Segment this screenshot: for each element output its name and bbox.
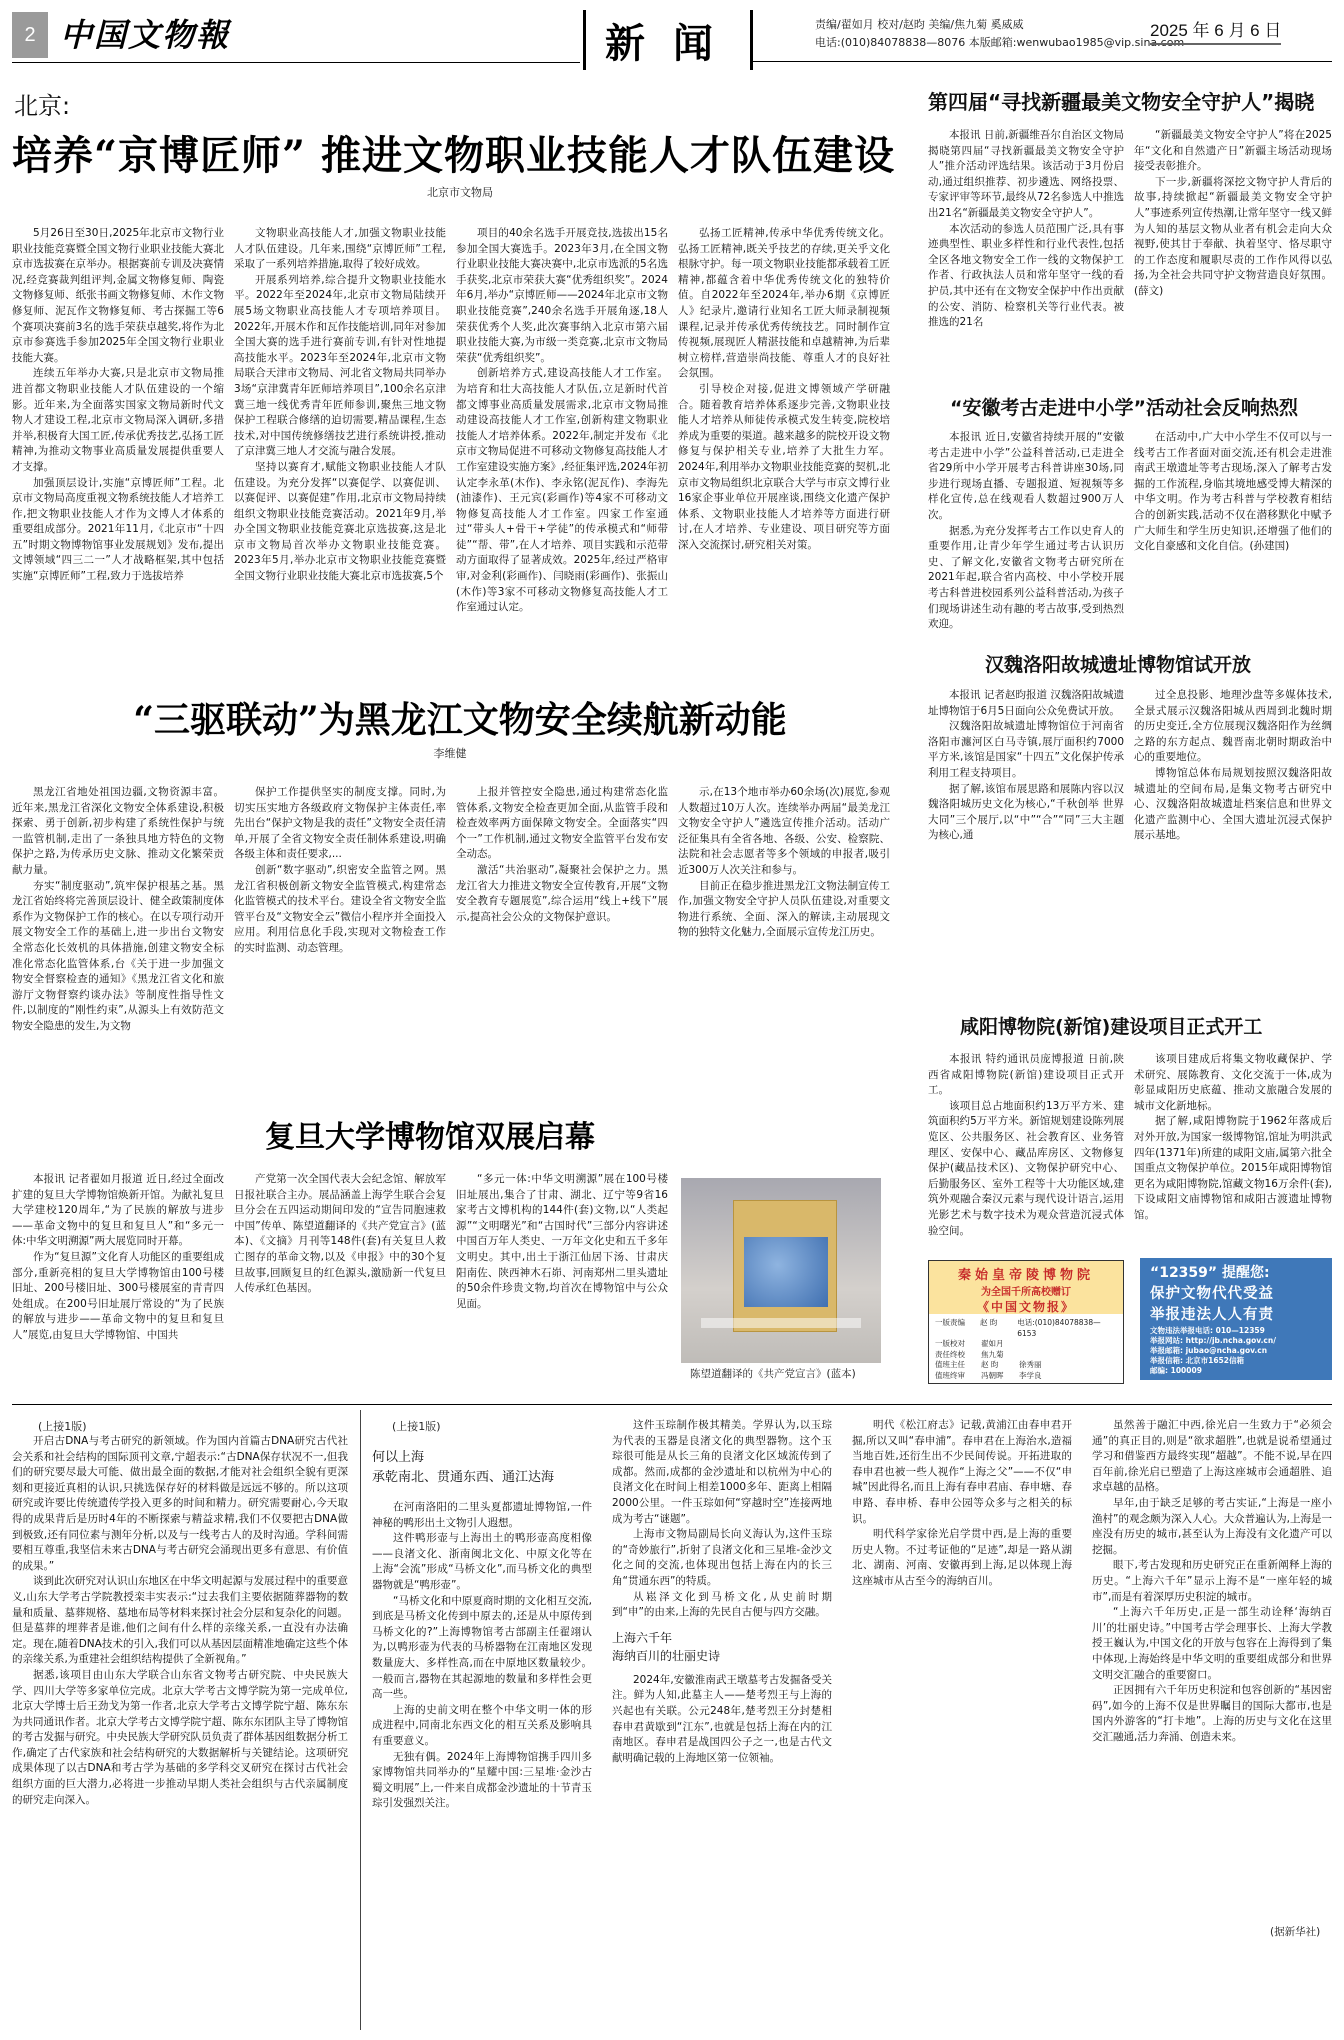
ad-mailbox: 举报信箱: 北京市1652信箱 <box>1150 1356 1322 1366</box>
paragraph: 汉魏洛阳故城遗址博物馆位于河南省洛阳市瀍河区白马寺镇,展厅面积约7000平方米,… <box>928 719 1124 781</box>
ad-phone: 文物违法举报电话: 010—12359 <box>1150 1326 1322 1336</box>
paragraph: “马桥文化和中原夏商时期的文化相互交流,到底是马桥文化传到中原去的,还是从中原传… <box>372 1594 592 1703</box>
paragraph: 产党第一次全国代表大会纪念馆、解放军日报社联合主办。展品涵盖上海学生联合会复旦分… <box>234 1172 446 1297</box>
heilongjiang-col-4: 示,在13个地市举办60余场(次)展览,参观人数超过10万人次。连续举办两届“最… <box>678 785 890 1075</box>
shanghai-subheading-2: 上海六千年 海纳百川的壮丽史诗 <box>612 1629 832 1665</box>
staff-list: 一版责编赵 昀电话:(010)84078838—6153 一版校对翟如月 责任终… <box>929 1314 1123 1385</box>
anhui-headline: “安徽考古走进中小学”活动社会反响热烈 <box>950 393 1298 420</box>
editor-credits: 责编/翟如月 校对/赵昀 美编/焦九菊 奚威威 电话:(010)84078838… <box>815 16 1184 52</box>
bottom-section-rule <box>12 1404 1332 1405</box>
xianyang-col-1: 本报讯 特约通讯员庞博报道 日前,陕西省咸阳博物院(新馆)建设项目正式开工。 该… <box>928 1052 1124 1242</box>
staff-row: 值班终审冯朝晖李学良 <box>935 1371 1117 1382</box>
paragraph: 本报讯 记者翟如月报道 近日,经过全面改扩建的复旦大学博物馆焕新开馆。为献礼复旦… <box>12 1172 224 1250</box>
beijing-byline: 北京市文物局 <box>380 184 540 200</box>
paragraph: 创新培养方式,建设高技能人才工作室。为培育和壮大高技能人才队伍,立足新时代首都文… <box>456 366 668 616</box>
photo-caption: 陈望道翻译的《共产党宣言》(蓝本) <box>690 1366 856 1381</box>
ad-line-2: 为全国千所高校赠订 <box>929 1283 1123 1298</box>
paragraph: 据了解,咸阳博物院于1962年落成后对外开放,为国家一级博物馆,馆址为明洪武四年… <box>1134 1114 1332 1223</box>
report-hotline-ad: “12359” 提醒您: 保护文物代代受益 举报违法人人有责 文物违法举报电话:… <box>1140 1258 1332 1380</box>
paragraph: 明代《松江府志》记载,黄浦江由春申君开掘,所以又叫“春申浦”。春申君在上海治水,… <box>852 1418 1072 1527</box>
fudan-col-1: 本报讯 记者翟如月报道 近日,经过全面改扩建的复旦大学博物馆焕新开馆。为献礼复旦… <box>12 1172 224 1387</box>
heilongjiang-col-1: 黑龙江省地处祖国边疆,文物资源丰富。近年来,黑龙江省深化文物安全体系建设,积极探… <box>12 785 224 1075</box>
xinjiang-col-2: “新疆最美文物安全守护人”将在2025年“文化和自然遗产日”新疆主场活动现场接受… <box>1134 128 1332 388</box>
paragraph: “新疆最美文物安全守护人”将在2025年“文化和自然遗产日”新疆主场活动现场接受… <box>1134 128 1332 175</box>
paragraph: 正因拥有六千年历史积淀和包容创新的“基因密码”,如今的上海不仅是世界瞩目的国际大… <box>1092 1683 1332 1745</box>
ad-email[interactable]: 举报邮箱: jubao@ncha.gov.cn <box>1150 1346 1322 1356</box>
shanghai-col-2: 这件玉琮制作极其精美。学界认为,以玉琮为代表的玉器是良渚文化的典型器物。这个玉琮… <box>612 1418 832 1980</box>
paragraph: 在河南洛阳的二里头夏都遗址博物馆,一件神秘的鸭形出土文物引人遐想。 <box>372 1500 592 1531</box>
heilongjiang-headline: “三驱联动”为黑龙江文物安全续航新动能 <box>60 692 860 743</box>
editors-line: 责编/翟如月 校对/赵昀 美编/焦九菊 奚威威 <box>815 16 1184 34</box>
display-stand <box>701 1318 861 1328</box>
shanghai-subheading: 何以上海 承乾南北、贯通东西、通江达海 <box>372 1448 554 1488</box>
paragraph: 项目的40余名选手开展竞技,选拔出15名参加全国大赛选手。2023年3月,在全国… <box>456 226 668 366</box>
fudan-col-2: 产党第一次全国代表大会纪念馆、解放军日报社联合主办。展品涵盖上海学生联合会复旦分… <box>234 1172 446 1387</box>
source-credit: (据新华社) <box>1270 1924 1320 1939</box>
ad-slogan-2: 举报违法人人有责 <box>1150 1303 1322 1324</box>
ad-slogan-1: 保护文物代代受益 <box>1150 1282 1322 1303</box>
paragraph: 2024年,安徽淮南武王墩墓考古发掘备受关注。鲜为人知,此墓主人——楚考烈王与上… <box>612 1673 832 1767</box>
paragraph: 该项目建成后将集文物收藏保护、学术研究、展陈教育、文化交流于一体,成为彰显咸阳历… <box>1134 1052 1332 1114</box>
shanghai-continued-label: (上接1版) <box>392 1418 441 1434</box>
staff-row: 一版责编赵 昀电话:(010)84078838—6153 <box>935 1318 1117 1339</box>
xinjiang-headline: 第四届“寻找新疆最美文物安全守护人”揭晓 <box>928 86 1314 115</box>
luoyang-col-1: 本报讯 记者赵昀报道 汉魏洛阳故城遗址博物馆于6月5日面向公众免费试开放。 汉魏… <box>928 688 1124 978</box>
paragraph: 作为“复旦源”文化育人功能区的重要组成部分,重新亮相的复旦大学博物馆由100号楼… <box>12 1250 224 1344</box>
beijing-col-4: 弘扬工匠精神,传承中华优秀传统文化。弘扬工匠精神,既关乎技艺的存续,更关乎文化根… <box>678 226 890 686</box>
staff-row: 责任终校焦九菊 <box>935 1350 1117 1361</box>
paragraph: 激活“共治驱动”,凝聚社会保护之力。黑龙江省大力推进文物安全宣传教育,开展“文物… <box>456 863 668 925</box>
paragraph: 从崧泽文化到马桥文化,从史前时期到“申”的由来,上海的先民自古便与四方交融。 <box>612 1590 832 1621</box>
shanghai-col-3: 明代《松江府志》记载,黄浦江由春申君开掘,所以又叫“春申浦”。春申君在上海治水,… <box>852 1418 1072 1980</box>
paragraph: 上报并管控安全隐患,通过构建常态化监管体系,文物安全检查更加全面,从监管手段和检… <box>456 785 668 863</box>
issue-date: 2025 年 6 月 6 日 <box>1150 16 1281 45</box>
paragraph: 5月26日至30日,2025年北京市文物行业职业技能竞赛暨全国文物行业职业技能大… <box>12 226 224 366</box>
dna-article: 开启古DNA与考古研究的新领域。作为国内首篇古DNA研究古代社会关系和社会结构的… <box>12 1434 348 2030</box>
paragraph: 明代科学家徐光启学贯中西,是上海的重要历史人物。不过考证他的“足迹”,却是一路从… <box>852 1527 1072 1589</box>
paragraph: “多元一体:中华文明溯源”展在100号楼旧址展出,集合了甘肃、湖北、辽宁等9省1… <box>456 1172 668 1312</box>
paragraph: 据悉,为充分发挥考古工作以史育人的重要作用,让青少年学生通过考古认识历史、了解文… <box>928 524 1124 630</box>
beijing-col-2: 文物职业高技能人才,加强文物职业技能人才队伍建设。几年来,围绕“京博匠师”工程,… <box>234 226 446 686</box>
ad-postcode: 邮编: 100009 <box>1150 1366 1322 1376</box>
book-illustration <box>744 1237 828 1307</box>
paragraph: 本报讯 近日,安徽省持续开展的“安徽考古走进中小学”公益科普活动,已走进全省29… <box>928 430 1124 524</box>
fudan-headline: 复旦大学博物馆双展启幕 <box>265 1112 595 1156</box>
paragraph: 目前正在稳步推进黑龙江文物法制宣传工作,加强文物安全守护人员队伍建设,对重要文物… <box>678 879 890 941</box>
heilongjiang-byline: 李维健 <box>400 745 500 761</box>
paragraph: 连续五年举办大赛,只是北京市文物局推进首都文物职业技能人才队伍建设的一个缩影。近… <box>12 366 224 475</box>
staff-row: 一版校对翟如月 <box>935 1339 1117 1350</box>
section-title: 新闻 <box>605 12 741 69</box>
paragraph: 在活动中,广大中小学生不仅可以与一线考古工作者面对面交流,还有机会走进淮南武王墩… <box>1134 430 1332 555</box>
shanghai-col-1: 在河南洛阳的二里头夏都遗址博物馆,一件神秘的鸭形出土文物引人遐想。 这件鸭形壶与… <box>372 1500 592 1980</box>
anhui-col-1: 本报讯 近日,安徽省持续开展的“安徽考古走进中小学”公益科普活动,已走进全省29… <box>928 430 1124 630</box>
dna-continued-label: (上接1版) <box>38 1418 87 1434</box>
paragraph: 上海的史前文明在整个中华文明一体的形成进程中,同南北东西文化的相互关系及影响具有… <box>372 1703 592 1750</box>
paragraph: 博物馆总体布局规划按照汉魏洛阳故城遗址的空间布局,是集文物考古研究中心、汉魏洛阳… <box>1134 766 1332 844</box>
paragraph: 本报讯 记者赵昀报道 汉魏洛阳故城遗址博物馆于6月5日面向公众免费试开放。 <box>928 688 1124 719</box>
subheading-line-2: 承乾南北、贯通东西、通江达海 <box>372 1468 554 1488</box>
beijing-headline: 培养“京博匠师” 推进文物职业技能人才队伍建设 <box>12 124 895 181</box>
header-divider-left <box>583 10 586 70</box>
subheading-line-3: 上海六千年 <box>612 1629 832 1647</box>
contact-line: 电话:(010)84078838—8076 本版邮箱:wenwubao1985@… <box>815 34 1184 52</box>
paragraph: 引导校企对接,促进文博领域产学研融合。随着教育培养体系逐步完善,文物职业技能人才… <box>678 382 890 554</box>
paragraph: 文物职业高技能人才,加强文物职业技能人才队伍建设。几年来,围绕“京博匠师”工程,… <box>234 226 446 273</box>
paragraph: 该项目总占地面积约13万平方米、建筑面积约5万平方米。新馆规划建设陈列展览区、公… <box>928 1099 1124 1239</box>
header-rule-left <box>12 62 580 63</box>
beijing-kicker: 北京: <box>14 86 70 121</box>
luoyang-col-2: 过全息投影、地理沙盘等多媒体技术,全景式展示汉魏洛阳城从西周到北魏时期的历史变迁… <box>1134 688 1332 978</box>
paragraph: 据悉,该项目由山东大学联合山东省文物考古研究院、中央民族大学、四川大学等多家单位… <box>12 1668 348 1808</box>
paragraph: 据了解,该馆布展思路和展陈内容以汉魏洛阳城历史文化为核心,“千秋创举 世界大同”… <box>928 782 1124 844</box>
paragraph: 弘扬工匠精神,传承中华优秀传统文化。弘扬工匠精神,既关乎技艺的存续,更关乎文化根… <box>678 226 890 382</box>
anhui-col-2: 在活动中,广大中小学生不仅可以与一线考古工作者面对面交流,还有机会走进淮南武王墩… <box>1134 430 1332 630</box>
xianyang-headline: 咸阳博物院(新馆)建设项目正式开工 <box>960 1012 1262 1039</box>
paragraph: 早年,由于缺乏足够的考古实证,“上海是一座小渔村”的观念颇为深入人心。大众普遍认… <box>1092 1496 1332 1558</box>
paragraph: 本次活动的参选人员范围广泛,具有事迹典型性、职业多样性和行业代表性,包括全区各地… <box>928 222 1124 331</box>
heilongjiang-col-2: 保护工作提供坚实的制度支撑。同时,为切实压实地方各级政府文物保护主体责任,率先出… <box>234 785 446 1075</box>
paragraph: 虽然善于融汇中西,徐光启一生致力于“必须会通”的真正目的,则是“欲求超胜”,也就… <box>1092 1418 1332 1496</box>
book-cover <box>733 1200 837 1332</box>
paragraph: 谈到此次研究对认识山东地区在中华文明起源与发展过程中的重要意义,山东大学考古学院… <box>12 1574 348 1668</box>
fudan-col-3: “多元一体:中华文明溯源”展在100号楼旧址展出,集合了甘肃、湖北、辽宁等9省1… <box>456 1172 668 1387</box>
manifesto-photo <box>681 1178 881 1363</box>
beijing-col-1: 5月26日至30日,2025年北京市文物行业职业技能竞赛暨全国文物行业职业技能大… <box>12 226 224 686</box>
paragraph: “上海六千年历史,正是一部生动诠释‘海纳百川’的壮丽史诗。”中国考古学会理事长、… <box>1092 1605 1332 1683</box>
paragraph: 本报讯 日前,新疆维吾尔自治区文物局揭晓第四届“寻找新疆最美文物安全守护人”推介… <box>928 128 1124 222</box>
subheading-line-4: 海纳百川的壮丽史诗 <box>612 1647 832 1665</box>
paragraph: 夯实“制度驱动”,筑牢保护根基之基。黑龙江省始终将完善顶层设计、健全政策制度体系… <box>12 879 224 1035</box>
qin-museum-ad: 秦始皇帝陵博物院 为全国千所高校赠订 《中国文物报》 一版责编赵 昀电话:(01… <box>928 1260 1124 1384</box>
paragraph: 保护工作提供坚实的制度支撑。同时,为切实压实地方各级政府文物保护主体责任,率先出… <box>234 785 446 863</box>
luoyang-headline: 汉魏洛阳故城遗址博物馆试开放 <box>985 650 1251 677</box>
paragraph: 眼下,考古发现和历史研究正在重新阐释上海的历史。“上海六千年”显示上海不是“一座… <box>1092 1558 1332 1605</box>
paragraph: 坚持以赛育才,赋能文物职业技能人才队伍建设。为充分发挥“以赛促学、以赛促训、以赛… <box>234 460 446 585</box>
beijing-col-3: 项目的40余名选手开展竞技,选拔出15名参加全国大赛选手。2023年3月,在全国… <box>456 226 668 686</box>
newspaper-masthead: 中国文物報 <box>60 10 230 56</box>
page-number: 2 <box>12 12 48 58</box>
ad-line-1: 秦始皇帝陵博物院 <box>929 1264 1123 1283</box>
paragraph: 这件鸭形壶与上海出土的鸭形壶高度相像——良渚文化、浙南闽北文化、中原文化等在上海… <box>372 1531 592 1593</box>
paragraph: 加强顶层设计,实施“京博匠师”工程。北京市文物局高度重视文物系统技能人才培养工作… <box>12 476 224 585</box>
xinjiang-col-1: 本报讯 日前,新疆维吾尔自治区文物局揭晓第四届“寻找新疆最美文物安全守护人”推介… <box>928 128 1124 388</box>
heilongjiang-col-3: 上报并管控安全隐患,通过构建常态化监管体系,文物安全检查更加全面,从监管手段和检… <box>456 785 668 1075</box>
ad-contact-info: 文物违法举报电话: 010—12359 举报网站: http://jb.ncha… <box>1150 1326 1322 1376</box>
xianyang-col-2: 该项目建成后将集文物收藏保护、学术研究、展陈教育、文化交流于一体,成为彰显咸阳历… <box>1134 1052 1332 1242</box>
paragraph: 本报讯 特约通讯员庞博报道 日前,陕西省咸阳博物院(新馆)建设项目正式开工。 <box>928 1052 1124 1099</box>
paragraph: 过全息投影、地理沙盘等多媒体技术,全景式展示汉魏洛阳城从西周到北魏时期的历史变迁… <box>1134 688 1332 766</box>
ad-line-3: 《中国文物报》 <box>929 1298 1123 1315</box>
ad-website[interactable]: 举报网站: http://jb.ncha.gov.cn/ <box>1150 1336 1322 1346</box>
paragraph: 上海市文物局副局长向义海认为,这件玉琮的“奇妙旅行”,折射了良渚文化和三星堆-金… <box>612 1527 832 1589</box>
ad-banner: 秦始皇帝陵博物院 为全国千所高校赠订 《中国文物报》 <box>929 1261 1123 1314</box>
paragraph: 创新“数字驱动”,织密安全监管之网。黑龙江省积极创新文物安全监管模式,构建常态化… <box>234 863 446 957</box>
ad-hotline-title: “12359” 提醒您: <box>1150 1262 1322 1282</box>
column-divider <box>360 1410 361 2030</box>
header-rule-right <box>752 61 1332 62</box>
paragraph: 这件玉琮制作极其精美。学界认为,以玉琮为代表的玉器是良渚文化的典型器物。这个玉琮… <box>612 1418 832 1527</box>
paragraph: 开启古DNA与考古研究的新领域。作为国内首篇古DNA研究古代社会关系和社会结构的… <box>12 1434 348 1574</box>
paragraph: 无独有偶。2024年上海博物馆携手四川多家博物馆共同举办的“星耀中国:三星堆·金… <box>372 1750 592 1812</box>
staff-row: 值班主任赵 昀徐秀丽 <box>935 1360 1117 1371</box>
paragraph: 下一步,新疆将深挖文物守护人背后的故事,持续掀起“新疆最美文物安全守护人”事迹系… <box>1134 175 1332 300</box>
paragraph: 开展系列培养,综合提升文物职业技能水平。2022年至2024年,北京市文物局陆续… <box>234 273 446 460</box>
paragraph: 示,在13个地市举办60余场(次)展览,参观人数超过10万人次。连续举办两届“最… <box>678 785 890 879</box>
subheading-line-1: 何以上海 <box>372 1448 554 1468</box>
paragraph: 黑龙江省地处祖国边疆,文物资源丰富。近年来,黑龙江省深化文物安全体系建设,积极探… <box>12 785 224 879</box>
shanghai-col-4: 虽然善于融汇中西,徐光启一生致力于“必须会通”的真正目的,则是“欲求超胜”,也就… <box>1092 1418 1332 1978</box>
